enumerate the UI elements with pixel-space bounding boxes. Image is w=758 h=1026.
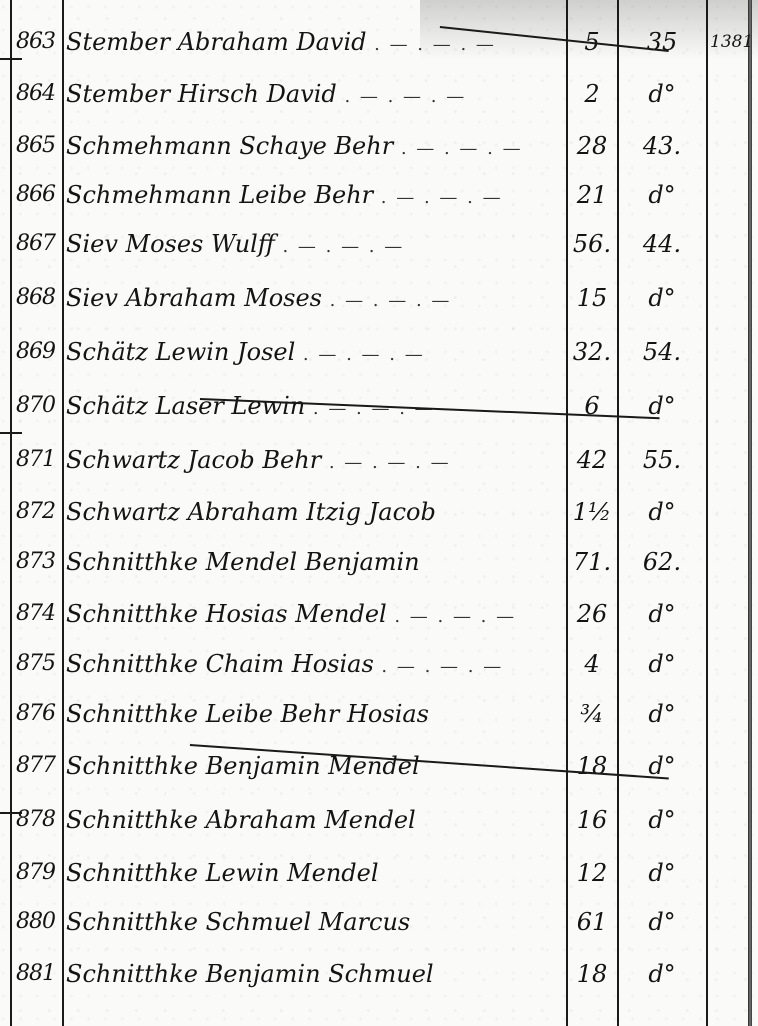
entry-age: 12 <box>570 847 614 899</box>
entry-row: 866 Schmehmann Leibe Behr . — . — . — 21… <box>0 169 758 221</box>
entry-age: 6 <box>570 380 614 432</box>
entry-number: 879 <box>16 847 62 899</box>
entry-number: 870 <box>16 380 62 432</box>
entry-ref: d° <box>622 794 702 846</box>
entry-name: Stember Hirsch David . — . — . — <box>66 68 560 123</box>
entry-number: 874 <box>16 588 62 640</box>
dash-fill: . — . — . — <box>381 187 503 208</box>
entry-ref: d° <box>622 169 702 221</box>
entry-number: 863 <box>16 16 62 68</box>
entry-name: Schätz Lewin Josel . — . — . — <box>66 326 560 381</box>
entry-name: Siev Moses Wulff . — . — . — <box>66 218 560 273</box>
entry-row: 872 Schwartz Abraham Itzig Jacob 1½ d° <box>0 486 758 538</box>
entry-number: 873 <box>16 536 62 588</box>
entry-age: 4 <box>570 638 614 690</box>
entry-number: 867 <box>16 218 62 270</box>
entry-row: 878 Schnitthke Abraham Mendel 16 d° <box>0 794 758 846</box>
dash-fill: . — . — . — <box>401 138 523 159</box>
entry-row: 867 Siev Moses Wulff . — . — . — 56. 44. <box>0 218 758 270</box>
entry-number: 865 <box>16 120 62 172</box>
entry-row: 871 Schwartz Jacob Behr . — . — . — 42 5… <box>0 434 758 486</box>
entry-name-text: Schnitthke Benjamin Schmuel <box>66 960 434 988</box>
entry-name: Schätz Laser Lewin . — . — . — <box>66 380 560 435</box>
entry-name: Schmehmann Schaye Behr . — . — . — <box>66 120 560 175</box>
dash-fill: . — . — . — <box>282 236 404 257</box>
entry-ref: 62. <box>622 536 702 588</box>
entry-ref: 54. <box>622 326 702 378</box>
entry-age: 21 <box>570 169 614 221</box>
entry-name: Schnitthke Chaim Hosias . — . — . — <box>66 638 560 693</box>
entry-ref: d° <box>622 486 702 538</box>
entry-age: 28 <box>570 120 614 172</box>
entry-name-text: Schätz Laser Lewin <box>66 392 305 420</box>
entry-ref: d° <box>622 740 702 792</box>
entry-row: 880 Schnitthke Schmuel Marcus 61 d° <box>0 896 758 948</box>
entry-row: 863 Stember Abraham David . — . — . — 5 … <box>0 16 758 68</box>
entry-name-text: Schnitthke Abraham Mendel <box>66 806 416 834</box>
entry-number: 880 <box>16 896 62 948</box>
entry-age: 15 <box>570 272 614 324</box>
entry-name-text: Siev Moses Wulff <box>66 230 275 258</box>
entry-name-text: Schwartz Abraham Itzig Jacob <box>66 498 436 526</box>
entry-ref: d° <box>622 847 702 899</box>
dash-fill: . — . — . — <box>374 34 496 55</box>
entry-ref: 55. <box>622 434 702 486</box>
entry-row: 879 Schnitthke Lewin Mendel 12 d° <box>0 847 758 899</box>
entry-ref: d° <box>622 68 702 120</box>
margin-tick <box>0 58 22 60</box>
entry-number: 864 <box>16 68 62 120</box>
dash-fill: . — . — . — <box>381 656 503 677</box>
entry-ref: d° <box>622 588 702 640</box>
margin-tick <box>0 812 22 814</box>
entry-ref: d° <box>622 272 702 324</box>
entry-name-text: Schnitthke Hosias Mendel <box>66 600 387 628</box>
entry-name: Schnitthke Hosias Mendel . — . — . — <box>66 588 560 643</box>
entry-number: 881 <box>16 948 62 1000</box>
entry-row: 881 Schnitthke Benjamin Schmuel 18 d° <box>0 948 758 1000</box>
entry-age: 61 <box>570 896 614 948</box>
entry-row: 876 Schnitthke Leibe Behr Hosias ¾ d° <box>0 688 758 740</box>
dash-fill: . — . — . — <box>344 86 466 107</box>
entry-ref: d° <box>622 380 702 432</box>
dash-fill: . — . — . — <box>330 290 452 311</box>
entry-ref: d° <box>622 688 702 740</box>
entry-row: 874 Schnitthke Hosias Mendel . — . — . —… <box>0 588 758 640</box>
entry-age: 26 <box>570 588 614 640</box>
entry-name-text: Schnitthke Mendel Benjamin <box>66 548 420 576</box>
entry-name-text: Schwartz Jacob Behr <box>66 446 321 474</box>
entry-ref: 44. <box>622 218 702 270</box>
entry-name: Schnitthke Lewin Mendel <box>66 847 560 899</box>
dash-fill: . — . — . — <box>394 606 516 627</box>
entry-number: 878 <box>16 794 62 846</box>
entry-row: 865 Schmehmann Schaye Behr . — . — . — 2… <box>0 120 758 172</box>
entry-age: 42 <box>570 434 614 486</box>
entry-name-text: Schnitthke Schmuel Marcus <box>66 908 410 936</box>
entry-name-text: Schätz Lewin Josel <box>66 338 295 366</box>
entry-name: Schwartz Abraham Itzig Jacob <box>66 486 560 538</box>
margin-tick <box>0 432 22 434</box>
entry-name-text: Schnitthke Leibe Behr Hosias <box>66 700 429 728</box>
entry-name: Schnitthke Abraham Mendel <box>66 794 560 846</box>
entry-name-text: Schmehmann Leibe Behr <box>66 181 373 209</box>
entry-name: Schnitthke Schmuel Marcus <box>66 896 560 948</box>
entry-name-text: Stember Abraham David <box>66 28 367 56</box>
entry-name-text: Schmehmann Schaye Behr <box>66 132 393 160</box>
dash-fill: . — . — . — <box>303 344 425 365</box>
entry-name-text: Stember Hirsch David <box>66 80 337 108</box>
entry-name: Schnitthke Benjamin Schmuel <box>66 948 560 1000</box>
entry-number: 875 <box>16 638 62 690</box>
entry-name: Schnitthke Mendel Benjamin <box>66 536 560 588</box>
entry-age: 56. <box>570 218 614 270</box>
entry-age: 32. <box>570 326 614 378</box>
entry-name-text: Schnitthke Lewin Mendel <box>66 859 379 887</box>
entry-row: 864 Stember Hirsch David . — . — . — 2 d… <box>0 68 758 120</box>
entry-age: 16 <box>570 794 614 846</box>
entry-name-text: Schnitthke Chaim Hosias <box>66 650 374 678</box>
entry-page: 1381 <box>710 16 750 68</box>
dash-fill: . — . — . — <box>329 452 451 473</box>
entry-ref: d° <box>622 638 702 690</box>
entry-number: 872 <box>16 486 62 538</box>
entry-ref: 35 <box>622 16 702 68</box>
entry-name: Schnitthke Leibe Behr Hosias <box>66 688 560 740</box>
entry-age: 18 <box>570 948 614 1000</box>
register-page: 863 Stember Abraham David . — . — . — 5 … <box>0 0 758 1026</box>
entry-row: 868 Siev Abraham Moses . — . — . — 15 d° <box>0 272 758 324</box>
entry-age: ¾ <box>570 688 614 740</box>
entry-row: 873 Schnitthke Mendel Benjamin 71. 62. <box>0 536 758 588</box>
entry-ref: d° <box>622 948 702 1000</box>
entry-name: Siev Abraham Moses . — . — . — <box>66 272 560 327</box>
entry-number: 866 <box>16 169 62 221</box>
entry-age: 1½ <box>570 486 614 538</box>
entry-row: 877 Schnitthke Benjamin Mendel 18 d° <box>0 740 758 792</box>
entry-age: 18 <box>570 740 614 792</box>
entry-number: 868 <box>16 272 62 324</box>
entry-row: 875 Schnitthke Chaim Hosias . — . — . — … <box>0 638 758 690</box>
entry-number: 877 <box>16 740 62 792</box>
entry-ref: 43. <box>622 120 702 172</box>
entry-number: 871 <box>16 434 62 486</box>
entry-number: 869 <box>16 326 62 378</box>
entry-name-text: Siev Abraham Moses <box>66 284 322 312</box>
entry-age: 2 <box>570 68 614 120</box>
entry-name: Schwartz Jacob Behr . — . — . — <box>66 434 560 489</box>
entry-name: Stember Abraham David . — . — . — <box>66 16 560 71</box>
entry-ref: d° <box>622 896 702 948</box>
entry-age: 71. <box>570 536 614 588</box>
entry-name: Schmehmann Leibe Behr . — . — . — <box>66 169 560 224</box>
entry-row: 869 Schätz Lewin Josel . — . — . — 32. 5… <box>0 326 758 378</box>
entry-number: 876 <box>16 688 62 740</box>
